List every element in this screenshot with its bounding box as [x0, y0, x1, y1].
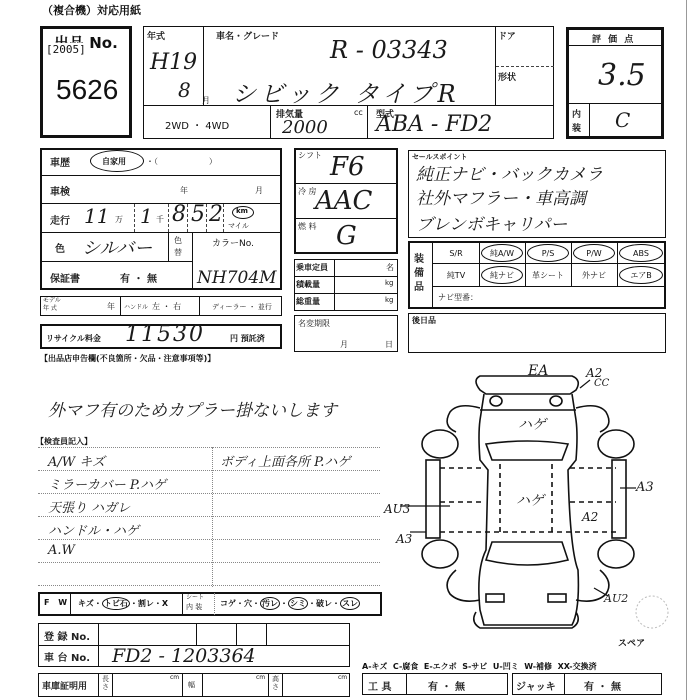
condition-option[interactable]: シミ	[288, 597, 308, 610]
divider	[223, 204, 224, 232]
divider	[38, 539, 380, 540]
load-label: 積載量	[296, 279, 320, 290]
length-label: 長さ	[102, 675, 110, 691]
name-change-day: 日	[385, 339, 393, 350]
spare-label: スペア	[618, 636, 645, 649]
tools-label: 工 具	[368, 678, 391, 693]
mark-top-right-sub: CC	[594, 378, 609, 389]
lot-stamp: [2005]	[46, 43, 86, 56]
displacement-value: 2000	[282, 117, 328, 138]
equipment-item[interactable]: エアB	[617, 264, 665, 286]
mark-rear-right: AU2	[604, 592, 628, 605]
divider	[268, 674, 269, 696]
sales-point-2: 社外マフラー・車高調	[416, 184, 586, 209]
inspector-note: A/W キズ	[48, 451, 105, 470]
sales-point-1: 純正ナビ・バックカメラ	[416, 160, 603, 185]
color-no: NH704M	[197, 268, 277, 288]
score-label: 評 価 点	[592, 32, 635, 45]
condition-option[interactable]: 破レ	[316, 599, 332, 608]
divider	[192, 233, 193, 290]
left-sill	[426, 460, 440, 538]
seller-declaration-text: 外マフ有のためカプラー掛ないします	[48, 396, 337, 421]
seat-label-2: 内 装	[186, 603, 202, 612]
drive-label: 2WD ・ 4WD	[165, 117, 229, 132]
mileage-digit-2: 5	[191, 202, 205, 227]
mileage-sen-unit: 千	[156, 214, 164, 225]
divider	[41, 261, 193, 262]
divider	[295, 183, 397, 184]
divider	[38, 493, 380, 494]
divider	[134, 204, 135, 232]
headlight-left	[486, 594, 504, 602]
inspection-year-unit: 年	[180, 185, 188, 196]
mark-right-door: A2	[582, 510, 598, 524]
recycle-unit: 円 預託済	[230, 333, 265, 344]
car-name-label: 車名・グレード	[216, 29, 279, 42]
headlight-right	[548, 594, 566, 602]
mark-left-side: AU3	[384, 502, 410, 516]
registration-label: 登 録 No.	[44, 628, 90, 643]
inspector-note: ハンドル・ハゲ	[48, 520, 139, 539]
equipment-item[interactable]: P/S	[525, 242, 571, 264]
recycle-label: リサイクル料金	[46, 333, 101, 344]
warranty-label: 保証書	[50, 270, 80, 285]
aircon-value: AAC	[315, 186, 372, 216]
divider	[168, 204, 169, 232]
divider	[266, 624, 267, 645]
divider	[334, 260, 335, 310]
divider	[202, 674, 203, 696]
mileage-digit-3: 2	[209, 202, 223, 227]
equipment-item[interactable]: 純TV	[433, 264, 479, 286]
width-label: 幅	[188, 680, 195, 690]
separator: ・	[332, 599, 340, 608]
condition-option[interactable]: スレ	[340, 597, 360, 610]
navi-model-label: ナビ型番：	[438, 292, 478, 303]
mark-top: EA	[528, 363, 548, 379]
separator: ・	[236, 599, 244, 608]
wheel-rear-right	[598, 430, 634, 458]
mark-right-side: A3	[636, 480, 654, 495]
equipment-item[interactable]: 革シート	[525, 264, 571, 286]
chassis-value: FD2 - 1203364	[112, 645, 256, 667]
condition-option[interactable]: 穴	[244, 599, 252, 608]
handle-label: ハンドル	[124, 302, 148, 311]
divider	[206, 204, 207, 232]
shape-label: 形状	[498, 70, 516, 83]
tail-light-right	[550, 396, 562, 406]
history-selected: 自家用	[102, 156, 126, 167]
equipment-label: 装備品	[414, 253, 426, 295]
divider	[406, 674, 407, 694]
repaint-label-2: 替	[174, 247, 182, 258]
divider	[98, 624, 99, 666]
year-month: 8	[178, 78, 191, 102]
separator: ・	[154, 599, 162, 608]
checked-circle	[481, 244, 523, 262]
divider	[236, 624, 237, 645]
color-value: シルバー	[82, 234, 152, 260]
history-label: 車歴	[50, 154, 70, 169]
score-value: 3.5	[598, 58, 646, 93]
model-year-label-1: モデル	[43, 297, 61, 304]
interior-label-2: 装	[572, 121, 581, 134]
handle-options[interactable]: 左 ・ 右	[152, 301, 181, 312]
gross-label: 総重量	[296, 296, 320, 307]
equipment-item[interactable]: P/W	[571, 242, 617, 264]
divider	[433, 286, 665, 287]
aircon-label: 冷 房	[298, 186, 317, 197]
fw-label: F W	[44, 598, 70, 607]
form-title: （複合機）対応用紙	[42, 2, 141, 18]
divider	[214, 593, 215, 615]
divider	[295, 293, 397, 294]
wheel-front-left	[422, 540, 458, 568]
divider	[568, 45, 662, 46]
condition-option[interactable]: 割レ	[138, 599, 154, 608]
length-unit: cm	[170, 674, 179, 681]
later-items-box	[408, 313, 666, 353]
divider	[112, 674, 113, 696]
divider	[70, 593, 71, 615]
divider	[196, 624, 197, 645]
checked-circle	[573, 244, 615, 262]
fuel-label: 燃 料	[298, 221, 317, 232]
mark-roof: ハゲ	[516, 490, 544, 510]
seats-label: 乗車定員	[296, 262, 328, 273]
wheel-rear-left	[422, 430, 458, 458]
condition-option[interactable]: 汚レ	[260, 597, 280, 610]
shift-label: シフト	[298, 150, 322, 161]
later-items-label: 後日品	[412, 315, 436, 326]
divider	[120, 297, 121, 315]
mileage-man: 11	[84, 204, 109, 228]
mileage-man-unit: 万	[115, 214, 123, 225]
divider	[568, 103, 662, 104]
lot-number: 5626	[56, 74, 118, 106]
condition-option[interactable]: トビ石	[102, 597, 130, 610]
separator: ・	[94, 599, 102, 608]
divider	[38, 562, 380, 563]
divider	[38, 447, 380, 448]
fw-options: キズ・トビ石・割レ・X	[78, 598, 168, 609]
rear-window	[486, 441, 568, 460]
warranty-options[interactable]: 有 ・ 無	[120, 270, 157, 285]
dealer-options[interactable]: ディーラー ・ 並行	[212, 302, 272, 312]
interior-label-1: 内	[572, 107, 581, 120]
divider	[38, 470, 380, 471]
tools-options[interactable]: 有 ・ 無	[428, 678, 465, 693]
year-label: 年式	[147, 29, 165, 42]
inspection-label: 車検	[50, 183, 70, 198]
mileage-digit-1: 8	[172, 202, 186, 227]
inspector-label: 【検査員記入】	[36, 436, 92, 447]
displacement-unit: cc	[354, 108, 363, 117]
condition-option[interactable]: キズ	[78, 599, 94, 608]
mileage-sen: 1	[140, 204, 153, 228]
garage-cert-label: 車庫証明用	[42, 679, 87, 692]
inspector-note: ミラーカバー P.ハゲ	[48, 474, 166, 493]
model-year-label-2: 年 式	[43, 305, 57, 312]
wheel-front-right	[598, 540, 634, 568]
equipment-item[interactable]: 純ナビ	[479, 264, 525, 286]
condition-option[interactable]: X	[162, 599, 168, 608]
height-unit: cm	[338, 674, 347, 681]
separator: ・	[280, 599, 288, 608]
seats-unit: 名	[386, 262, 394, 273]
condition-option[interactable]: コゲ	[220, 599, 236, 608]
seat-options: コゲ・穴・汚レ・シミ・破レ・スレ	[220, 598, 360, 609]
year-value: H19	[150, 50, 197, 75]
gross-unit: kg	[385, 296, 394, 304]
divider	[187, 204, 188, 232]
separator: ・	[308, 599, 316, 608]
inspector-note: 天張り ハガレ	[48, 497, 130, 516]
door-label: ドア	[498, 29, 516, 42]
tail-light-left	[490, 396, 502, 406]
inspection-month-unit: 月	[255, 185, 263, 196]
right-sill	[612, 460, 626, 538]
divider	[295, 276, 397, 277]
sales-point-3: ブレンボキャリパー	[416, 210, 567, 235]
equipment-item[interactable]: 純A/W	[479, 242, 525, 264]
color-label: 色	[55, 240, 65, 255]
divider	[295, 218, 397, 219]
equipment-item[interactable]: S/R	[433, 242, 479, 264]
load-unit: kg	[385, 279, 394, 287]
divider	[168, 233, 169, 261]
height-label: 高さ	[272, 675, 280, 691]
mileage-label: 走行	[50, 212, 70, 227]
divider	[496, 66, 554, 67]
name-change-month: 月	[340, 339, 348, 350]
model-code-value: ABA - FD2	[376, 112, 492, 137]
checked-circle	[619, 244, 663, 262]
divider	[282, 674, 283, 696]
repaint-label-1: 色	[174, 235, 182, 246]
name-change-label: 名変期限	[298, 318, 330, 329]
separator: ・	[252, 599, 260, 608]
divider	[564, 674, 565, 694]
checked-circle	[619, 266, 663, 284]
seat-label-1: シート	[186, 594, 204, 602]
divider	[589, 104, 590, 137]
jack-options[interactable]: 有 ・ 無	[584, 678, 621, 693]
divider	[98, 674, 99, 696]
divider	[41, 175, 281, 176]
inspector-note: A.W	[48, 543, 75, 558]
divider	[182, 674, 183, 696]
damage-legend: A-キズ C-腐食 E-エクボ S-サビ U-凹ミ W-補修 XX-交換済	[362, 661, 597, 672]
equipment-item[interactable]: 外ナビ	[571, 264, 617, 286]
windshield	[486, 542, 568, 565]
shift-value: F6	[330, 152, 365, 182]
equipment-item[interactable]: ABS	[617, 242, 665, 264]
fuel-value: G	[336, 221, 357, 251]
seller-declaration-label: 【出品店申告欄(不良箇所・欠品・注意事項等)】	[40, 353, 215, 364]
jack-label: ジャッキ	[516, 678, 556, 693]
spare-tire-icon	[636, 596, 668, 628]
model-year-unit: 年	[107, 301, 115, 312]
mark-hood: ハゲ	[518, 414, 546, 434]
unit-km: km	[236, 207, 248, 215]
car-code: R - 03343	[330, 36, 448, 64]
mark-left-lower: A3	[396, 532, 412, 546]
car-model: シビック タイプR	[232, 74, 460, 109]
divider	[38, 585, 380, 586]
width-unit: cm	[256, 674, 265, 681]
divider	[41, 232, 281, 233]
interior-score: C	[615, 108, 630, 132]
checked-circle	[527, 244, 569, 262]
divider	[182, 593, 183, 615]
inspector-note: ボディ上面各所 P.ハゲ	[220, 451, 350, 470]
checked-circle	[481, 266, 523, 284]
divider	[212, 447, 213, 587]
separator: ・	[130, 599, 138, 608]
divider	[38, 516, 380, 517]
divider	[41, 203, 281, 204]
unit-mile: マイル	[228, 221, 249, 231]
chassis-label: 車 台 No.	[44, 649, 90, 664]
history-other: ・（ ）	[146, 156, 217, 167]
color-no-label: カラーNo.	[212, 236, 254, 249]
divider	[199, 297, 200, 315]
recycle-value: 11530	[125, 322, 205, 347]
